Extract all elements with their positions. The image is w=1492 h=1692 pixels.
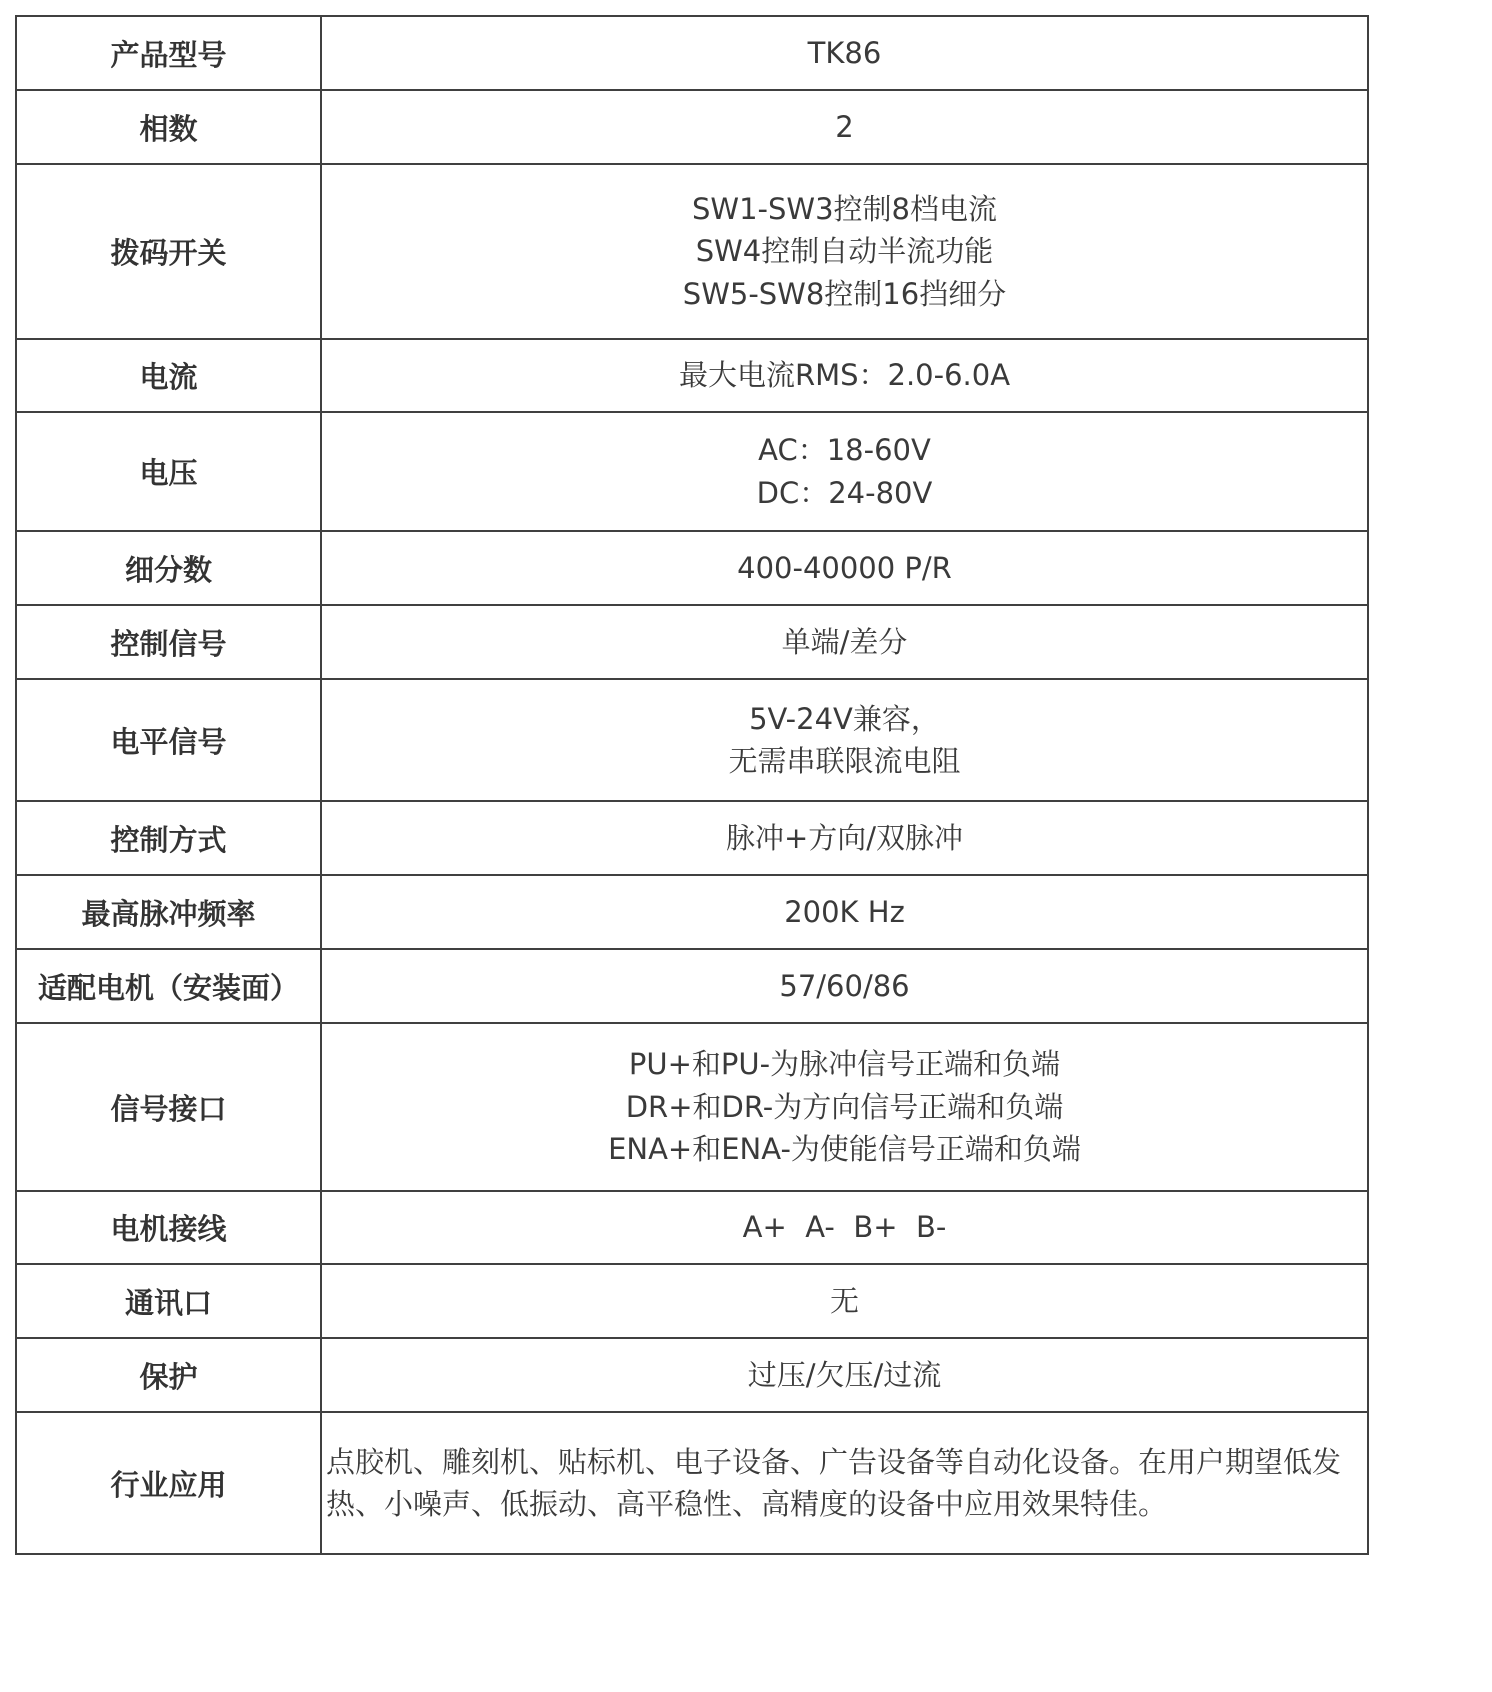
spec-label: 行业应用 bbox=[16, 1412, 321, 1554]
spec-value-line: 点胶机、雕刻机、贴标机、电子设备、广告设备等自动化设备。在用户期望低发热、小噪声… bbox=[326, 1441, 1367, 1526]
spec-value-line: 5V-24V兼容， bbox=[322, 698, 1367, 741]
spec-label: 产品型号 bbox=[16, 16, 321, 90]
spec-row: 信号接口PU+和PU-为脉冲信号正端和负端DR+和DR-为方向信号正端和负端EN… bbox=[16, 1023, 1368, 1191]
spec-label: 控制信号 bbox=[16, 605, 321, 679]
spec-row: 行业应用点胶机、雕刻机、贴标机、电子设备、广告设备等自动化设备。在用户期望低发热… bbox=[16, 1412, 1368, 1554]
spec-value-line: ENA+和ENA-为使能信号正端和负端 bbox=[322, 1128, 1367, 1171]
spec-value: 2 bbox=[321, 90, 1368, 164]
spec-value-line: 400-40000 P/R bbox=[322, 547, 1367, 590]
spec-row: 通讯口无 bbox=[16, 1264, 1368, 1338]
spec-label: 通讯口 bbox=[16, 1264, 321, 1338]
spec-value-line: 200K Hz bbox=[322, 891, 1367, 934]
spec-row: 最高脉冲频率200K Hz bbox=[16, 875, 1368, 949]
spec-row: 保护过压/欠压/过流 bbox=[16, 1338, 1368, 1412]
spec-table-body: 产品型号TK86相数2拨码开关SW1-SW3控制8档电流SW4控制自动半流功能S… bbox=[16, 16, 1368, 1554]
spec-value: A+ A- B+ B- bbox=[321, 1191, 1368, 1264]
spec-row: 电压AC：18-60VDC：24-80V bbox=[16, 412, 1368, 531]
spec-label: 电流 bbox=[16, 339, 321, 412]
spec-value-line: AC：18-60V bbox=[322, 429, 1367, 472]
spec-row: 适配电机（安装面）57/60/86 bbox=[16, 949, 1368, 1023]
spec-value-line: A+ A- B+ B- bbox=[322, 1206, 1367, 1249]
spec-value-line: SW1-SW3控制8档电流 bbox=[322, 188, 1367, 231]
spec-value-line: DR+和DR-为方向信号正端和负端 bbox=[322, 1086, 1367, 1129]
spec-label: 信号接口 bbox=[16, 1023, 321, 1191]
spec-value-line: 57/60/86 bbox=[322, 965, 1367, 1008]
spec-value-line: 过压/欠压/过流 bbox=[322, 1354, 1367, 1397]
spec-value-line: SW4控制自动半流功能 bbox=[322, 230, 1367, 273]
spec-value: 过压/欠压/过流 bbox=[321, 1338, 1368, 1412]
spec-label: 适配电机（安装面） bbox=[16, 949, 321, 1023]
spec-value: 点胶机、雕刻机、贴标机、电子设备、广告设备等自动化设备。在用户期望低发热、小噪声… bbox=[321, 1412, 1368, 1554]
spec-value: 57/60/86 bbox=[321, 949, 1368, 1023]
spec-row: 控制方式脉冲+方向/双脉冲 bbox=[16, 801, 1368, 875]
spec-value: 无 bbox=[321, 1264, 1368, 1338]
spec-value: 5V-24V兼容，无需串联限流电阻 bbox=[321, 679, 1368, 801]
spec-value-line: 无需串联限流电阻 bbox=[322, 740, 1367, 783]
spec-value-line: SW5-SW8控制16挡细分 bbox=[322, 273, 1367, 316]
spec-label: 保护 bbox=[16, 1338, 321, 1412]
spec-value: 最大电流RMS：2.0-6.0A bbox=[321, 339, 1368, 412]
spec-row: 电机接线A+ A- B+ B- bbox=[16, 1191, 1368, 1264]
spec-label: 电平信号 bbox=[16, 679, 321, 801]
spec-label: 控制方式 bbox=[16, 801, 321, 875]
spec-value: AC：18-60VDC：24-80V bbox=[321, 412, 1368, 531]
spec-value-line: 2 bbox=[322, 106, 1367, 149]
spec-value: PU+和PU-为脉冲信号正端和负端DR+和DR-为方向信号正端和负端ENA+和E… bbox=[321, 1023, 1368, 1191]
spec-value: SW1-SW3控制8档电流SW4控制自动半流功能SW5-SW8控制16挡细分 bbox=[321, 164, 1368, 339]
spec-value-line: 最大电流RMS：2.0-6.0A bbox=[322, 354, 1367, 397]
spec-row: 电平信号5V-24V兼容，无需串联限流电阻 bbox=[16, 679, 1368, 801]
spec-value: 200K Hz bbox=[321, 875, 1368, 949]
spec-value-line: 脉冲+方向/双脉冲 bbox=[322, 817, 1367, 860]
spec-value-line: DC：24-80V bbox=[322, 472, 1367, 515]
spec-value: 单端/差分 bbox=[321, 605, 1368, 679]
spec-value: 脉冲+方向/双脉冲 bbox=[321, 801, 1368, 875]
spec-value-line: 无 bbox=[322, 1280, 1367, 1323]
spec-value-line: 单端/差分 bbox=[322, 621, 1367, 664]
spec-label: 最高脉冲频率 bbox=[16, 875, 321, 949]
spec-label: 电机接线 bbox=[16, 1191, 321, 1264]
spec-label: 电压 bbox=[16, 412, 321, 531]
spec-value-line: PU+和PU-为脉冲信号正端和负端 bbox=[322, 1043, 1367, 1086]
spec-row: 控制信号单端/差分 bbox=[16, 605, 1368, 679]
spec-row: 电流最大电流RMS：2.0-6.0A bbox=[16, 339, 1368, 412]
spec-row: 相数2 bbox=[16, 90, 1368, 164]
spec-row: 拨码开关SW1-SW3控制8档电流SW4控制自动半流功能SW5-SW8控制16挡… bbox=[16, 164, 1368, 339]
spec-row: 细分数400-40000 P/R bbox=[16, 531, 1368, 605]
spec-value: TK86 bbox=[321, 16, 1368, 90]
spec-label: 拨码开关 bbox=[16, 164, 321, 339]
spec-table: 产品型号TK86相数2拨码开关SW1-SW3控制8档电流SW4控制自动半流功能S… bbox=[15, 15, 1369, 1555]
spec-row: 产品型号TK86 bbox=[16, 16, 1368, 90]
spec-label: 相数 bbox=[16, 90, 321, 164]
spec-value: 400-40000 P/R bbox=[321, 531, 1368, 605]
spec-label: 细分数 bbox=[16, 531, 321, 605]
spec-value-line: TK86 bbox=[322, 32, 1367, 75]
